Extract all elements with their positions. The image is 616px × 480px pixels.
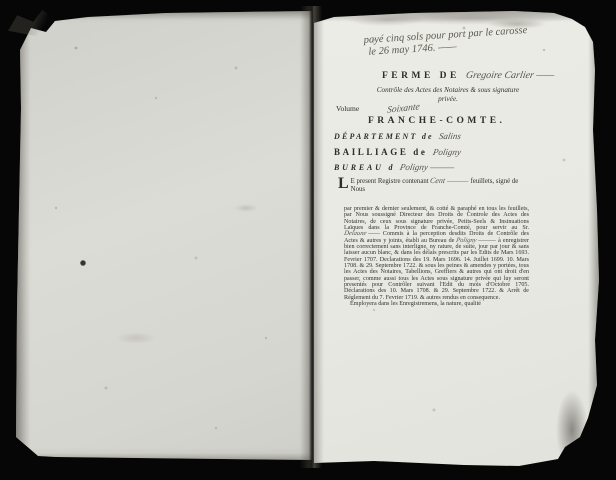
volume-value-handwritten: Soixante [387, 102, 421, 116]
bailliage-label: BAILLIAGE de [334, 147, 427, 157]
controle-subtitle: Contrôle des Actes des Notaires & sous s… [348, 86, 548, 103]
body-paragraph: par premier & dernier seulement, & cotté… [344, 206, 529, 308]
volume-line: Volume Soixante [336, 104, 420, 114]
departement-value-handwritten: Salins [438, 131, 462, 141]
bureau-name-handwritten: Poligny ——— [456, 238, 497, 244]
departement-label: DÉPARTEMENT de [334, 132, 434, 141]
volume-label: Volume [336, 104, 359, 113]
bureau-value-handwritten: Poligny ——— [399, 162, 455, 172]
right-printed-page: payé cinq sols pour port par le carosse … [314, 10, 604, 475]
employera-line: Employera dans les Enregistremens, la na… [344, 301, 529, 307]
bureau-label: BUREAU d [334, 163, 395, 172]
bailliage-value-handwritten: Poligny [432, 147, 462, 157]
register-count-handwritten: Cent ——— [430, 177, 470, 185]
province-title: FRANCHE-COMTE. [368, 116, 505, 126]
paragraph-1: par premier & dernier seulement, & cotté… [344, 206, 529, 301]
subtitle-line-1: Contrôle des Actes des Notaires & sous s… [348, 86, 548, 95]
left-blank-page [16, 8, 314, 463]
departement-line: DÉPARTEMENT de Salins [334, 131, 461, 141]
bailliage-line: BAILLIAGE de Poligny [334, 147, 461, 157]
sr-name-handwritten: Delaune —— [343, 231, 380, 237]
ferme-line: FERME DE Gregoire Carlier —— [382, 70, 554, 81]
scanned-book-spread: payé cinq sols pour port par le carosse … [0, 0, 616, 480]
register-dropcap: L [338, 177, 349, 191]
paper-speckles [16, 8, 314, 463]
register-statement: LE present Registre contenant Cent ——— f… [338, 177, 528, 193]
subtitle-line-2: privée. [348, 95, 548, 104]
ink-spot [80, 260, 86, 266]
paragraph-text-3: à enregistrer bien correctement sans int… [344, 238, 529, 301]
ferme-name-handwritten: Gregoire Carlier —— [465, 70, 555, 81]
bureau-line: BUREAU d Poligny ——— [334, 162, 455, 172]
paragraph-text-1: par premier & dernier seulement, & cotté… [344, 206, 529, 231]
register-text-1: E present Registre contenant [351, 178, 431, 185]
ferme-de-label: FERME DE [382, 71, 460, 81]
